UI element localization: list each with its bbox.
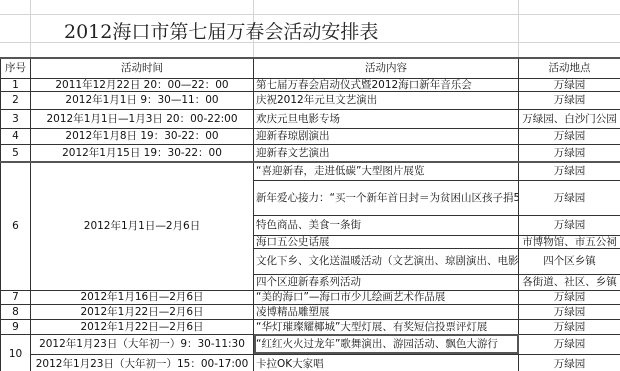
cell-location[interactable]: 万绿园 <box>519 128 620 144</box>
cell-time[interactable]: 2012年1月23日（大年初一）15：00-17:00 <box>31 354 254 371</box>
table-row: 6 2012年1月1日—2月6日 “喜迎新春，走进低碳”大型图片展览 万绿园 <box>1 162 620 180</box>
table-row: 7 2012年1月16日—2月6日 “美的海口”—海口市少儿绘画艺术作品展 万绿… <box>1 290 620 304</box>
cell-content[interactable]: “美的海口”—海口市少儿绘画艺术作品展 <box>254 290 519 304</box>
cell-seq[interactable]: 6 <box>1 162 31 290</box>
table-row: 2 2012年1月1日 9：30—11：00 庆祝2012年元旦文艺演出 万绿园 <box>1 91 620 109</box>
header-row: 序号 活动时间 活动内容 活动地点 <box>1 58 620 78</box>
cell-seq[interactable]: 8 <box>1 304 31 319</box>
cell-content[interactable]: 特色商品、美食一条街 <box>254 215 519 235</box>
table-row: 9 2012年1月22日—2月6日 “华灯璀璨耀椰城”大型灯展、有奖短信投票评灯… <box>1 319 620 334</box>
cell-location[interactable]: 各街道、社区、乡镇 <box>519 274 620 290</box>
cell-location[interactable]: 万绿园、白沙门公园 <box>519 109 620 128</box>
cell-content[interactable]: 凌博精品雕塑展 <box>254 304 519 319</box>
cell-seq[interactable]: 10 <box>1 334 31 371</box>
cell-content[interactable]: “华灯璀璨耀椰城”大型灯展、有奖短信投票评灯展 <box>254 319 519 334</box>
cell-content[interactable]: 文化下乡、文化送温暖活动（文艺演出、琼剧演出、电影放映等） <box>254 248 519 274</box>
gridline <box>518 0 519 57</box>
table-row: 2012年1月23日（大年初一）15：00-17:00 卡拉OK大家唱 万绿园 <box>1 354 620 371</box>
cell-seq[interactable]: 1 <box>1 78 31 91</box>
cell-seq[interactable]: 3 <box>1 109 31 128</box>
cell-time[interactable]: 2012年1月1日 9：30—11：00 <box>31 91 254 109</box>
gridline <box>30 0 31 57</box>
cell-location[interactable]: 万绿园 <box>519 304 620 319</box>
spreadsheet: 2012海口市第七届万春会活动安排表 序号 活动时间 活动内容 活动地点 1 2… <box>0 0 620 371</box>
cell-time[interactable]: 2012年1月1日—2月6日 <box>31 162 254 290</box>
cell-seq[interactable]: 5 <box>1 144 31 162</box>
cell-time[interactable]: 2011年12月22日 20：00—22：00 <box>31 78 254 91</box>
cell-location[interactable]: 万绿园 <box>519 180 620 215</box>
table-row: 5 2012年1月15日 19：30-22：00 迎新春文艺演出 万绿园 <box>1 144 620 162</box>
cell-content[interactable]: 庆祝2012年元旦文艺演出 <box>254 91 519 109</box>
cell-content-selected[interactable]: “红红火火过龙年”歌舞演出、游园活动、飘色大游行 <box>254 334 519 354</box>
header-location[interactable]: 活动地点 <box>519 58 620 78</box>
cell-location[interactable]: 万绿园 <box>519 334 620 354</box>
cell-location[interactable]: 万绿园 <box>519 91 620 109</box>
cell-content[interactable]: 卡拉OK大家唱 <box>254 354 519 371</box>
cell-location[interactable]: 四个区乡镇 <box>519 248 620 274</box>
cell-content[interactable]: 新年爱心接力：“买一个新年首日封＝为贫困山区孩子捐5块钱学费”公益活动 <box>254 180 519 215</box>
cell-location[interactable]: 万绿园 <box>519 215 620 235</box>
cell-time[interactable]: 2012年1月8日 19：30-22：00 <box>31 128 254 144</box>
cell-seq[interactable]: 7 <box>1 290 31 304</box>
cell-location[interactable]: 万绿园 <box>519 144 620 162</box>
page-title: 2012海口市第七届万春会活动安排表 <box>64 17 378 44</box>
cell-seq[interactable]: 9 <box>1 319 31 334</box>
header-content[interactable]: 活动内容 <box>254 58 519 78</box>
cell-location[interactable]: 万绿园 <box>519 354 620 371</box>
cell-time[interactable]: 2012年1月15日 19：30-22：00 <box>31 144 254 162</box>
cell-time[interactable]: 2012年1月23日（大年初一）9：30-11:30 <box>31 334 254 354</box>
cell-seq[interactable]: 2 <box>1 91 31 109</box>
cell-content[interactable]: 迎新春琼剧演出 <box>254 128 519 144</box>
cell-location[interactable]: 万绿园 <box>519 162 620 180</box>
table-row: 1 2011年12月22日 20：00—22：00 第七届万春会启动仪式暨201… <box>1 78 620 91</box>
cell-content[interactable]: “喜迎新春，走进低碳”大型图片展览 <box>254 162 519 180</box>
cell-content[interactable]: 四个区迎新春系列活动 <box>254 274 519 290</box>
header-seq[interactable]: 序号 <box>1 58 31 78</box>
cell-time[interactable]: 2012年1月22日—2月6日 <box>31 304 254 319</box>
cell-content[interactable]: 迎新春文艺演出 <box>254 144 519 162</box>
cell-time[interactable]: 2012年1月1日—1月3日 20：00-22:00 <box>31 109 254 128</box>
header-time[interactable]: 活动时间 <box>31 58 254 78</box>
cell-time[interactable]: 2012年1月22日—2月6日 <box>31 319 254 334</box>
cell-location[interactable]: 市博物馆、市五公祠 <box>519 235 620 248</box>
cell-content[interactable]: 海口五公史话展 <box>254 235 519 248</box>
cell-content[interactable]: 第七届万春会启动仪式暨2012海口新年音乐会 <box>254 78 519 91</box>
cell-time[interactable]: 2012年1月16日—2月6日 <box>31 290 254 304</box>
cell-content[interactable]: 欢庆元旦电影专场 <box>254 109 519 128</box>
cell-location[interactable]: 万绿园 <box>519 290 620 304</box>
table-row: 10 2012年1月23日（大年初一）9：30-11:30 “红红火火过龙年”歌… <box>1 334 620 354</box>
gridline <box>0 14 620 15</box>
schedule-table: 序号 活动时间 活动内容 活动地点 1 2011年12月22日 20：00—22… <box>0 57 620 371</box>
cell-seq[interactable]: 4 <box>1 128 31 144</box>
cell-location[interactable]: 万绿园 <box>519 78 620 91</box>
table-row: 8 2012年1月22日—2月6日 凌博精品雕塑展 万绿园 <box>1 304 620 319</box>
table-row: 3 2012年1月1日—1月3日 20：00-22:00 欢庆元旦电影专场 万绿… <box>1 109 620 128</box>
table-row: 4 2012年1月8日 19：30-22：00 迎新春琼剧演出 万绿园 <box>1 128 620 144</box>
cell-location[interactable]: 万绿园 <box>519 319 620 334</box>
